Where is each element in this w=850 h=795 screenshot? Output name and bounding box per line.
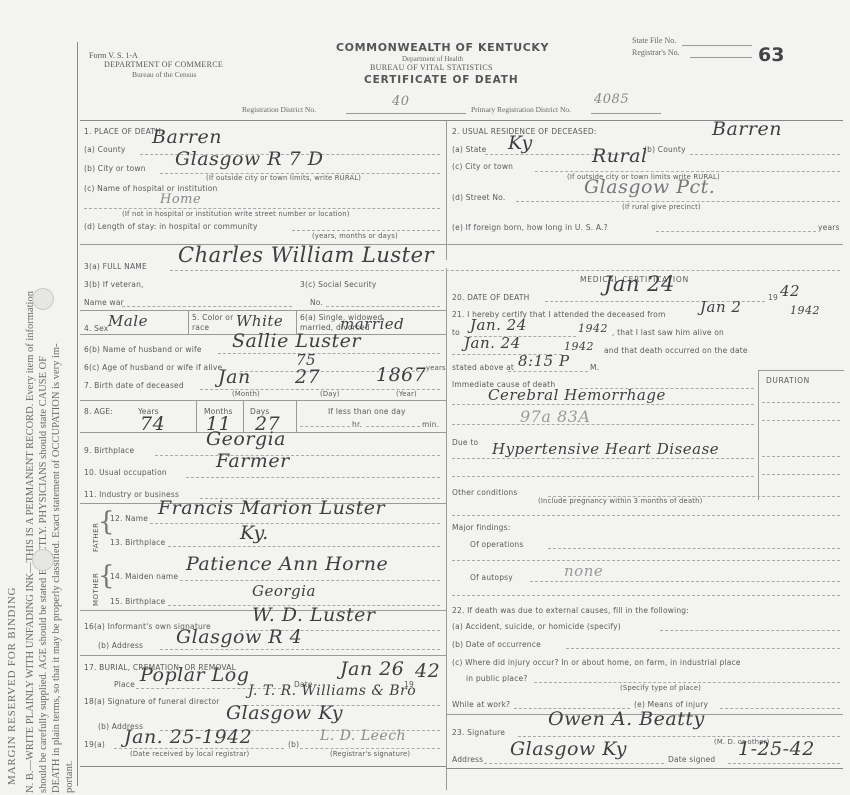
received-hint: (Date received by local registrar) bbox=[130, 750, 249, 758]
burial-year: 42 bbox=[415, 660, 440, 682]
registrar-line bbox=[690, 57, 752, 58]
duration-line bbox=[762, 474, 840, 475]
field-line bbox=[548, 548, 840, 549]
field-line bbox=[160, 649, 440, 650]
field-line bbox=[656, 231, 816, 232]
social-security-label: 3(c) Social Security bbox=[300, 280, 377, 289]
registrar-sig-label: (b) bbox=[288, 740, 299, 749]
state-file-line bbox=[682, 45, 752, 46]
field-line bbox=[534, 682, 840, 683]
field-line bbox=[180, 580, 440, 581]
registration-district-label: Registration District No. bbox=[242, 105, 316, 114]
other-conditions-label: Other conditions bbox=[452, 488, 517, 497]
informant-address-label: (b) Address bbox=[98, 641, 143, 650]
father-birthplace-value: Ky. bbox=[240, 522, 269, 544]
spouse-name-label: 6(b) Name of husband or wife bbox=[84, 345, 202, 354]
physician-address-label: Address bbox=[452, 755, 483, 764]
death-county-label: (a) County bbox=[84, 145, 126, 154]
funeral-director-label: 18(a) Signature of funeral director bbox=[84, 697, 220, 706]
operation-label: Of operations bbox=[470, 540, 523, 549]
date-signed-label: Date signed bbox=[668, 755, 715, 764]
state-file-label: State File No. bbox=[632, 36, 676, 45]
ss-number-label: No. bbox=[310, 298, 323, 307]
death-certificate: MARGIN RESERVED FOR BINDING N. B.—WRITE … bbox=[0, 0, 850, 795]
birth-year: 1867 bbox=[376, 364, 426, 386]
accident-label: (a) Accident, suicide, or homicide (spec… bbox=[452, 622, 621, 631]
last-saw-label: , that I last saw him alive on bbox=[612, 328, 724, 337]
instructions-note: N. B.—WRITE PLAINLY WITH UNFADING INK—TH… bbox=[24, 291, 76, 793]
field-line bbox=[122, 306, 292, 307]
death-date: Jan 24 bbox=[604, 272, 675, 296]
age-label: 8. AGE: bbox=[84, 407, 113, 416]
field-line bbox=[170, 270, 840, 271]
field-line bbox=[168, 546, 440, 547]
registrar-label: Registrar's No. bbox=[632, 48, 680, 57]
bureau-vital-statistics: BUREAU OF VITAL STATISTICS bbox=[370, 63, 493, 72]
less-than-day-label: If less than one day bbox=[328, 407, 406, 416]
field-line bbox=[535, 171, 840, 172]
spouse-age-unit: years bbox=[426, 364, 446, 372]
duration-line bbox=[762, 456, 840, 457]
note-line: DEATH in plain terms, so that it may be … bbox=[50, 291, 63, 793]
department-commerce: DEPARTMENT OF COMMERCE bbox=[104, 60, 223, 69]
field-line bbox=[218, 353, 440, 354]
occurred-label: and that death occurred on the date bbox=[604, 346, 748, 355]
external-heading: 22. If death was due to external causes,… bbox=[452, 606, 689, 615]
death-city-hint: (If outside city or town limits, write R… bbox=[206, 174, 361, 182]
street-value: Glasgow Pct. bbox=[584, 176, 715, 198]
father-name-label: 12. Name bbox=[110, 514, 148, 523]
death-county-value: Barren bbox=[152, 126, 222, 148]
birth-date-label: 7. Birth date of deceased bbox=[84, 381, 184, 390]
date-signed: 1-25-42 bbox=[738, 738, 815, 760]
stay-label: (d) Length of stay: in hospital or commu… bbox=[84, 222, 258, 231]
registrar-sig-hint: (Registrar's signature) bbox=[330, 750, 410, 758]
birth-month: Jan bbox=[218, 366, 251, 388]
field-line bbox=[366, 426, 420, 427]
field-line bbox=[292, 230, 440, 231]
stay-hint: (years, months or days) bbox=[312, 232, 398, 240]
informant-signature: W. D. Luster bbox=[252, 604, 376, 626]
death-city-label: (b) City or town bbox=[84, 164, 146, 173]
department-health: Department of Health bbox=[402, 55, 463, 63]
registration-district-value: 40 bbox=[392, 94, 410, 109]
field-line bbox=[690, 154, 840, 155]
registrar-signature: L. D. Leech bbox=[320, 728, 406, 744]
date-received: Jan. 25-1942 bbox=[124, 726, 252, 748]
veteran-label: 3(b) If veteran, bbox=[84, 280, 144, 289]
duration-column bbox=[758, 370, 844, 500]
frame-bottom-left bbox=[80, 766, 446, 767]
primary-district-value: 4085 bbox=[594, 92, 629, 107]
attended-from: Jan 2 bbox=[700, 298, 741, 316]
field-line bbox=[114, 748, 284, 749]
field-line bbox=[530, 581, 840, 582]
field-line bbox=[155, 455, 440, 456]
director-address: Glasgow Ky bbox=[226, 702, 343, 724]
immediate-cause: Cerebral Hemorrhage bbox=[488, 386, 666, 404]
burial-date: Jan 26 bbox=[340, 658, 404, 680]
field-line bbox=[452, 560, 840, 561]
stated-label: stated above at bbox=[452, 363, 514, 372]
burial-place: Poplar Log bbox=[140, 664, 249, 686]
burial-place-label: Place bbox=[114, 680, 135, 689]
street-hint: (If rural give precinct) bbox=[622, 203, 701, 211]
other-conditions-hint: (Include pregnancy within 3 months of de… bbox=[538, 497, 703, 505]
place-type-hint: (Specify type of place) bbox=[620, 684, 701, 692]
time-of-death: 8:15 P bbox=[518, 352, 570, 370]
residence-county-label: (b) County bbox=[644, 145, 686, 154]
min-label: min. bbox=[422, 420, 439, 429]
hospital-hint: (If not in hospital or institution write… bbox=[122, 210, 350, 218]
margin-reserved-label: MARGIN RESERVED FOR BINDING bbox=[6, 587, 18, 785]
residence-state-value: Ky bbox=[508, 132, 533, 154]
physician-signature: Owen A. Beatty bbox=[548, 708, 705, 730]
attended-from-year: 1942 bbox=[790, 304, 820, 317]
due-to-cause: Hypertensive Heart Disease bbox=[492, 440, 719, 458]
punch-hole bbox=[32, 288, 54, 310]
field-line bbox=[452, 595, 840, 596]
month-hint: (Month) bbox=[232, 390, 260, 398]
hr-label: hr. bbox=[352, 420, 362, 429]
registrar-number: 63 bbox=[758, 44, 784, 66]
bureau-census: Bureau of the Census bbox=[132, 70, 196, 79]
year-hint: (Year) bbox=[396, 390, 417, 398]
field-line bbox=[326, 306, 440, 307]
occurrence-label: (b) Date of occurrence bbox=[452, 640, 541, 649]
note-line: should be carefully supplied. AGE should… bbox=[37, 291, 50, 793]
field-line bbox=[150, 523, 440, 524]
birth-day: 27 bbox=[295, 366, 320, 388]
residence-city-label: (c) City or town bbox=[452, 162, 513, 171]
form-number: Form V. S. 1-A bbox=[89, 51, 138, 60]
field-line bbox=[300, 426, 350, 427]
field-line bbox=[516, 201, 840, 202]
note-line: N. B.—WRITE PLAINLY WITH UNFADING INK—TH… bbox=[24, 291, 37, 793]
field-line bbox=[452, 424, 754, 425]
death-date-label: 20. DATE OF DEATH bbox=[452, 293, 530, 302]
funeral-director: J. T. R. Williams & Bro bbox=[248, 683, 416, 699]
field-line bbox=[186, 477, 440, 478]
commonwealth-title: COMMONWEALTH OF KENTUCKY bbox=[336, 41, 549, 54]
field-line bbox=[84, 208, 440, 209]
injury-place-label: (c) Where did injury occur? In or about … bbox=[452, 658, 741, 667]
column-divider bbox=[446, 268, 447, 790]
punch-hole bbox=[32, 549, 54, 571]
spouse-age-label: 6(c) Age of husband or wife if alive bbox=[84, 363, 222, 372]
field-line bbox=[452, 476, 754, 477]
death-year-prefix: 19 bbox=[768, 293, 778, 302]
attended-to: Jan. 24 bbox=[470, 316, 527, 334]
attended-to-year: 1942 bbox=[578, 322, 608, 335]
to-label: to bbox=[452, 328, 460, 337]
foreign-born-label: (e) If foreign born, how long in U. S. A… bbox=[452, 223, 608, 232]
received-label: 19(a) bbox=[84, 740, 105, 749]
name-war-label: Name war bbox=[84, 298, 124, 307]
margin-rule bbox=[77, 42, 78, 786]
field-line bbox=[452, 458, 754, 459]
field-line bbox=[452, 515, 840, 516]
reg-district-line bbox=[346, 113, 466, 114]
autopsy-label: Of autopsy bbox=[470, 573, 513, 582]
death-city-value: Glasgow R 7 D bbox=[175, 148, 323, 170]
full-name-value: Charles William Luster bbox=[178, 243, 434, 267]
public-place-label: in public place? bbox=[466, 674, 528, 683]
mother-name-label: 14. Maiden name bbox=[110, 572, 178, 581]
mother-birthplace-label: 15. Birthplace bbox=[110, 597, 165, 606]
full-name-label: 3(a) FULL NAME bbox=[84, 262, 147, 271]
cell-divider bbox=[296, 400, 297, 432]
color-value: White bbox=[236, 312, 283, 330]
field-line bbox=[728, 763, 840, 764]
primary-district-label: Primary Registration District No. bbox=[471, 105, 571, 114]
sex-value: Male bbox=[108, 312, 148, 330]
at-work-label: While at work? bbox=[452, 700, 510, 709]
residence-city-value: Rural bbox=[592, 145, 648, 167]
due-to-label: Due to bbox=[452, 438, 478, 447]
foreign-born-suffix: years bbox=[818, 223, 840, 232]
last-saw: Jan. 24 bbox=[464, 334, 521, 352]
birthplace-label: 9. Birthplace bbox=[84, 446, 134, 455]
mother-birthplace-value: Georgia bbox=[252, 582, 316, 600]
residence-state-label: (a) State bbox=[452, 145, 486, 154]
findings-label: Major findings: bbox=[452, 523, 510, 532]
day-hint: (Day) bbox=[320, 390, 340, 398]
row-divider bbox=[80, 400, 446, 401]
father-birthplace-label: 13. Birthplace bbox=[110, 538, 165, 547]
field-line bbox=[566, 648, 840, 649]
death-year: 42 bbox=[780, 282, 800, 300]
field-line bbox=[508, 371, 588, 372]
field-line bbox=[720, 708, 840, 709]
occupation-label: 10. Usual occupation bbox=[84, 468, 167, 477]
sex-label: 4. Sex bbox=[84, 324, 108, 333]
column-divider bbox=[446, 120, 447, 260]
field-line bbox=[660, 630, 840, 631]
frame-bottom-right bbox=[446, 768, 843, 769]
street-label: (d) Street No. bbox=[452, 193, 505, 202]
note-line: portant. bbox=[63, 291, 76, 793]
spouse-name-value: Sallie Luster bbox=[232, 330, 361, 352]
autopsy-value: none bbox=[564, 562, 603, 580]
father-name-value: Francis Marion Luster bbox=[158, 497, 385, 519]
hospital-value: Home bbox=[160, 192, 201, 207]
physician-address: Glasgow Ky bbox=[510, 738, 627, 760]
cell-divider bbox=[188, 310, 189, 334]
row-divider bbox=[80, 655, 446, 656]
residence-county-value: Barren bbox=[712, 118, 782, 140]
field-line bbox=[452, 404, 754, 405]
field-line bbox=[300, 748, 440, 749]
certificate-title: CERTIFICATE OF DEATH bbox=[364, 74, 519, 86]
cell-divider bbox=[196, 400, 197, 432]
field-line bbox=[518, 736, 840, 737]
duration-label: DURATION bbox=[766, 376, 810, 385]
duration-line bbox=[762, 402, 840, 403]
birthplace-value: Georgia bbox=[206, 428, 286, 450]
row-divider bbox=[80, 310, 446, 311]
primary-district-line bbox=[591, 113, 661, 114]
section-divider bbox=[446, 244, 843, 245]
binding-margin: MARGIN RESERVED FOR BINDING N. B.—WRITE … bbox=[4, 0, 76, 795]
signature-label: 23. Signature bbox=[452, 728, 505, 737]
informant-address: Glasgow R 4 bbox=[176, 626, 302, 648]
mother-name-value: Patience Ann Horne bbox=[186, 553, 388, 575]
duration-line bbox=[762, 420, 840, 421]
field-line bbox=[484, 763, 664, 764]
occupation-value: Farmer bbox=[216, 450, 290, 472]
time-suffix: M. bbox=[590, 363, 599, 372]
